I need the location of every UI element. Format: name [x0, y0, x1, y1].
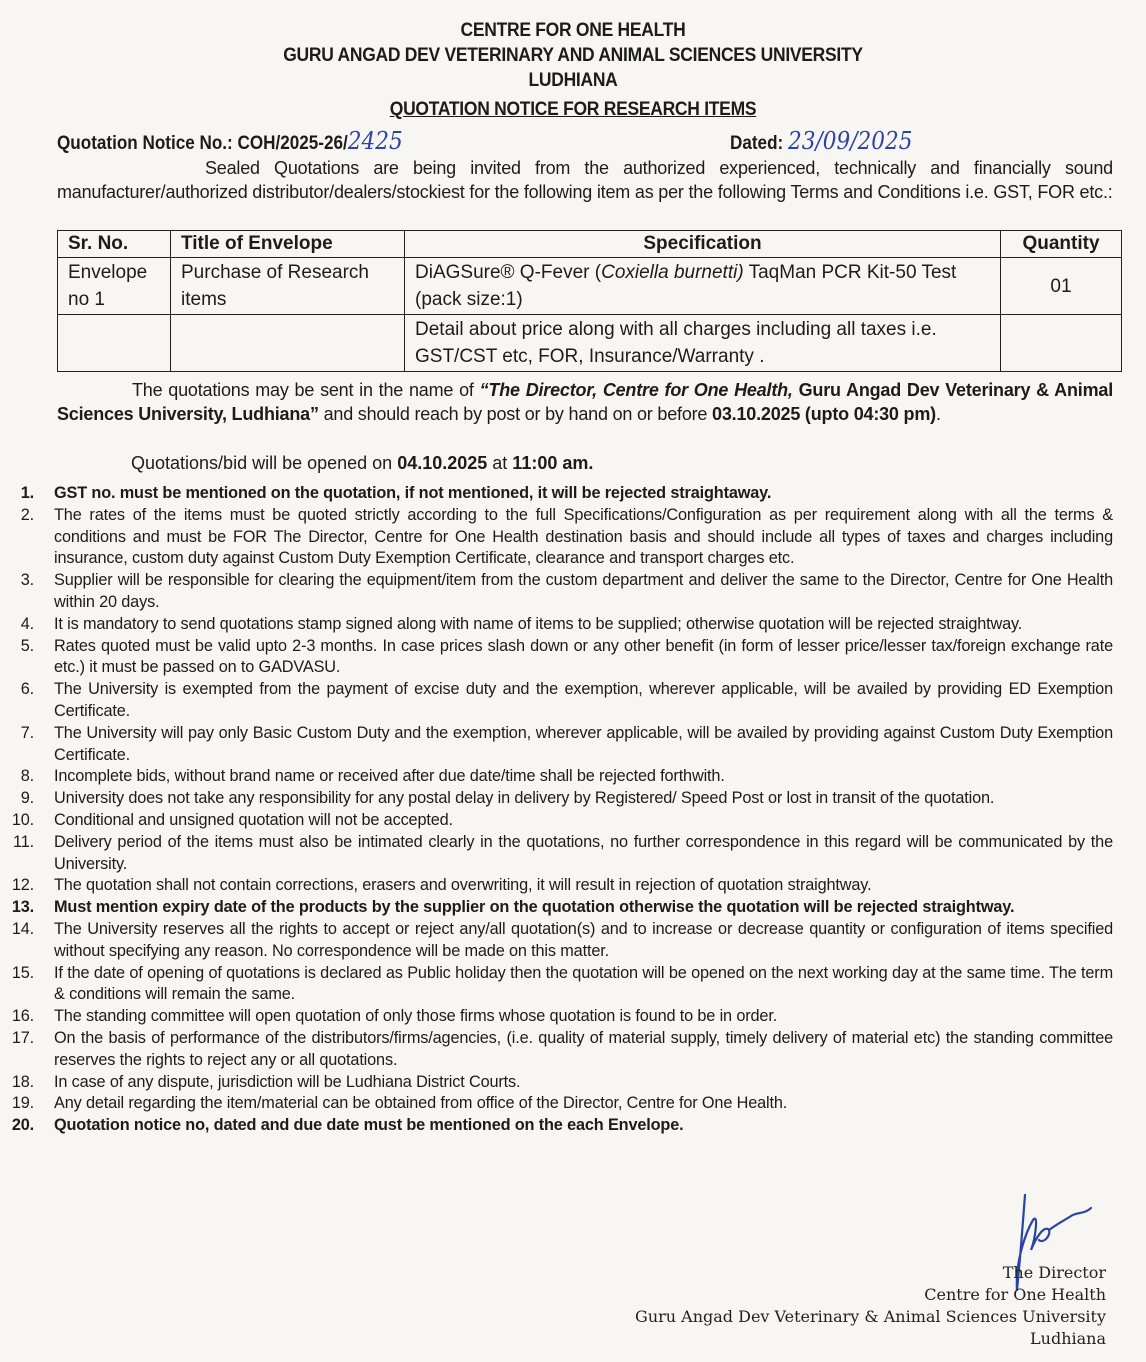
- intro-paragraph: Sealed Quotations are being invited from…: [57, 156, 1113, 204]
- term-number: 1.: [8, 483, 34, 505]
- terms-list: 1.GST no. must be mentioned on the quota…: [8, 483, 1113, 1137]
- term-number: 19.: [8, 1093, 34, 1115]
- term-item: 18.In case of any dispute, jurisdiction …: [8, 1072, 1113, 1094]
- term-item: 11.Delivery period of the items must als…: [8, 832, 1113, 876]
- term-text: Any detail regarding the item/material c…: [54, 1094, 787, 1112]
- send-middle: and should reach by post or by hand on o…: [319, 404, 712, 424]
- opening-line: Quotations/bid will be opened on 04.10.2…: [131, 453, 593, 474]
- notice-number-label: Quotation Notice No.: COH/2025-26/: [57, 133, 348, 154]
- cell-title: Purchase of Research items: [171, 258, 405, 315]
- spec-organism: Coxiella burnetti): [601, 262, 744, 283]
- signatory-block: The Director Centre for One Health Guru …: [635, 1262, 1106, 1350]
- header-title-of-envelope: Title of Envelope: [171, 231, 405, 258]
- term-item: 19.Any detail regarding the item/materia…: [8, 1093, 1113, 1115]
- submission-paragraph: The quotations may be sent in the name o…: [57, 378, 1113, 426]
- term-item: 1.GST no. must be mentioned on the quota…: [8, 483, 1113, 505]
- term-number: 9.: [8, 788, 34, 810]
- spec-prefix: DiAGSure® Q-Fever (: [415, 262, 601, 283]
- signatory-city: Ludhiana: [635, 1328, 1106, 1350]
- term-item: 2.The rates of the items must be quoted …: [8, 505, 1113, 570]
- term-number: 2.: [8, 505, 34, 527]
- signatory-title: The Director: [635, 1262, 1106, 1284]
- items-table: Sr. No. Title of Envelope Specification …: [57, 230, 1122, 372]
- term-item: 17.On the basis of performance of the di…: [8, 1028, 1113, 1072]
- opening-date: 04.10.2025: [397, 453, 487, 473]
- cell-title: [171, 315, 405, 372]
- opening-prefix: Quotations/bid will be opened on: [131, 453, 397, 473]
- dated-handwritten: 23/09/2025: [788, 127, 912, 155]
- signatory-centre: Centre for One Health: [635, 1284, 1106, 1306]
- term-number: 18.: [8, 1072, 34, 1094]
- term-text: The standing committee will open quotati…: [54, 1007, 777, 1025]
- header-quantity: Quantity: [1001, 231, 1122, 258]
- term-text: The rates of the items must be quoted st…: [54, 506, 1113, 568]
- term-text: Must mention expiry date of the products…: [54, 898, 1014, 916]
- cell-quantity: [1001, 315, 1122, 372]
- term-text: On the basis of performance of the distr…: [54, 1029, 1113, 1069]
- term-number: 10.: [8, 810, 34, 832]
- term-number: 8.: [8, 766, 34, 788]
- term-number: 12.: [8, 875, 34, 897]
- table-row: Envelope no 1 Purchase of Research items…: [58, 258, 1122, 315]
- term-text: The University is exempted from the paym…: [54, 680, 1113, 720]
- header-sr-no: Sr. No.: [58, 231, 171, 258]
- term-text: The quotation shall not contain correcti…: [54, 876, 871, 894]
- cell-sr-no: Envelope no 1: [58, 258, 171, 315]
- header-university-name: GURU ANGAD DEV VETERINARY AND ANIMAL SCI…: [46, 45, 1100, 67]
- term-number: 3.: [8, 570, 34, 592]
- cell-quantity: 01: [1001, 258, 1122, 315]
- dated-label: Dated:: [730, 133, 783, 154]
- term-number: 13.: [8, 897, 34, 919]
- term-text: Supplier will be responsible for clearin…: [54, 571, 1113, 611]
- term-text: The University reserves all the rights t…: [54, 920, 1113, 960]
- cell-sr-no: [58, 315, 171, 372]
- term-number: 20.: [8, 1115, 34, 1137]
- term-item: 10.Conditional and unsigned quotation wi…: [8, 810, 1113, 832]
- cell-specification: Detail about price along with all charge…: [405, 315, 1001, 372]
- term-text: The University will pay only Basic Custo…: [54, 724, 1113, 764]
- header-city: LUDHIANA: [46, 70, 1100, 92]
- term-item: 9.University does not take any responsib…: [8, 788, 1113, 810]
- opening-time: 11:00 am.: [512, 453, 593, 473]
- signatory-university: Guru Angad Dev Veterinary & Animal Scien…: [635, 1306, 1106, 1328]
- send-prefix: The quotations may be sent in the name o…: [132, 380, 480, 400]
- term-number: 14.: [8, 919, 34, 941]
- term-number: 16.: [8, 1006, 34, 1028]
- term-number: 4.: [8, 614, 34, 636]
- term-number: 5.: [8, 636, 34, 658]
- notice-date: Dated: 23/09/2025: [730, 127, 912, 155]
- term-item: 8.Incomplete bids, without brand name or…: [8, 766, 1113, 788]
- term-item: 13.Must mention expiry date of the produ…: [8, 897, 1113, 919]
- term-item: 20.Quotation notice no, dated and due da…: [8, 1115, 1113, 1137]
- term-item: 5.Rates quoted must be valid upto 2-3 mo…: [8, 636, 1113, 680]
- send-addressee: “The Director, Centre for One Health,: [480, 380, 793, 400]
- term-text: In case of any dispute, jurisdiction wil…: [54, 1073, 520, 1091]
- term-text: Delivery period of the items must also b…: [54, 833, 1113, 873]
- term-item: 15.If the date of opening of quotations …: [8, 963, 1113, 1007]
- term-number: 15.: [8, 963, 34, 985]
- term-text: It is mandatory to send quotations stamp…: [54, 615, 1022, 633]
- term-text: If the date of opening of quotations is …: [54, 964, 1113, 1004]
- notice-number-handwritten: 2425: [348, 127, 403, 155]
- term-text: Conditional and unsigned quotation will …: [54, 811, 453, 829]
- term-text: University does not take any responsibil…: [54, 789, 994, 807]
- table-row: Detail about price along with all charge…: [58, 315, 1122, 372]
- quotation-notice-page: CENTRE FOR ONE HEALTH GURU ANGAD DEV VET…: [0, 0, 1146, 1362]
- cell-specification: DiAGSure® Q-Fever (Coxiella burnetti) Ta…: [405, 258, 1001, 315]
- opening-mid: at: [487, 453, 512, 473]
- term-text: Quotation notice no, dated and due date …: [54, 1116, 684, 1134]
- due-date: 03.10.2025 (upto 04:30 pm): [712, 404, 936, 424]
- header-centre-name: CENTRE FOR ONE HEALTH: [46, 20, 1100, 42]
- term-item: 16.The standing committee will open quot…: [8, 1006, 1113, 1028]
- term-text: Incomplete bids, without brand name or r…: [54, 767, 725, 785]
- term-number: 11.: [8, 832, 34, 854]
- quotation-notice-number: Quotation Notice No.: COH/2025-26/2425: [57, 127, 403, 155]
- term-item: 12.The quotation shall not contain corre…: [8, 875, 1113, 897]
- term-item: 3.Supplier will be responsible for clear…: [8, 570, 1113, 614]
- term-number: 6.: [8, 679, 34, 701]
- notice-title: QUOTATION NOTICE FOR RESEARCH ITEMS: [46, 99, 1100, 121]
- term-number: 7.: [8, 723, 34, 745]
- term-number: 17.: [8, 1028, 34, 1050]
- term-item: 7.The University will pay only Basic Cus…: [8, 723, 1113, 767]
- send-end: .: [936, 404, 941, 424]
- term-item: 6.The University is exempted from the pa…: [8, 679, 1113, 723]
- term-item: 14.The University reserves all the right…: [8, 919, 1113, 963]
- term-text: GST no. must be mentioned on the quotati…: [54, 484, 771, 502]
- table-header-row: Sr. No. Title of Envelope Specification …: [58, 231, 1122, 258]
- term-text: Rates quoted must be valid upto 2-3 mont…: [54, 637, 1113, 677]
- header-specification: Specification: [405, 231, 1001, 258]
- term-item: 4.It is mandatory to send quotations sta…: [8, 614, 1113, 636]
